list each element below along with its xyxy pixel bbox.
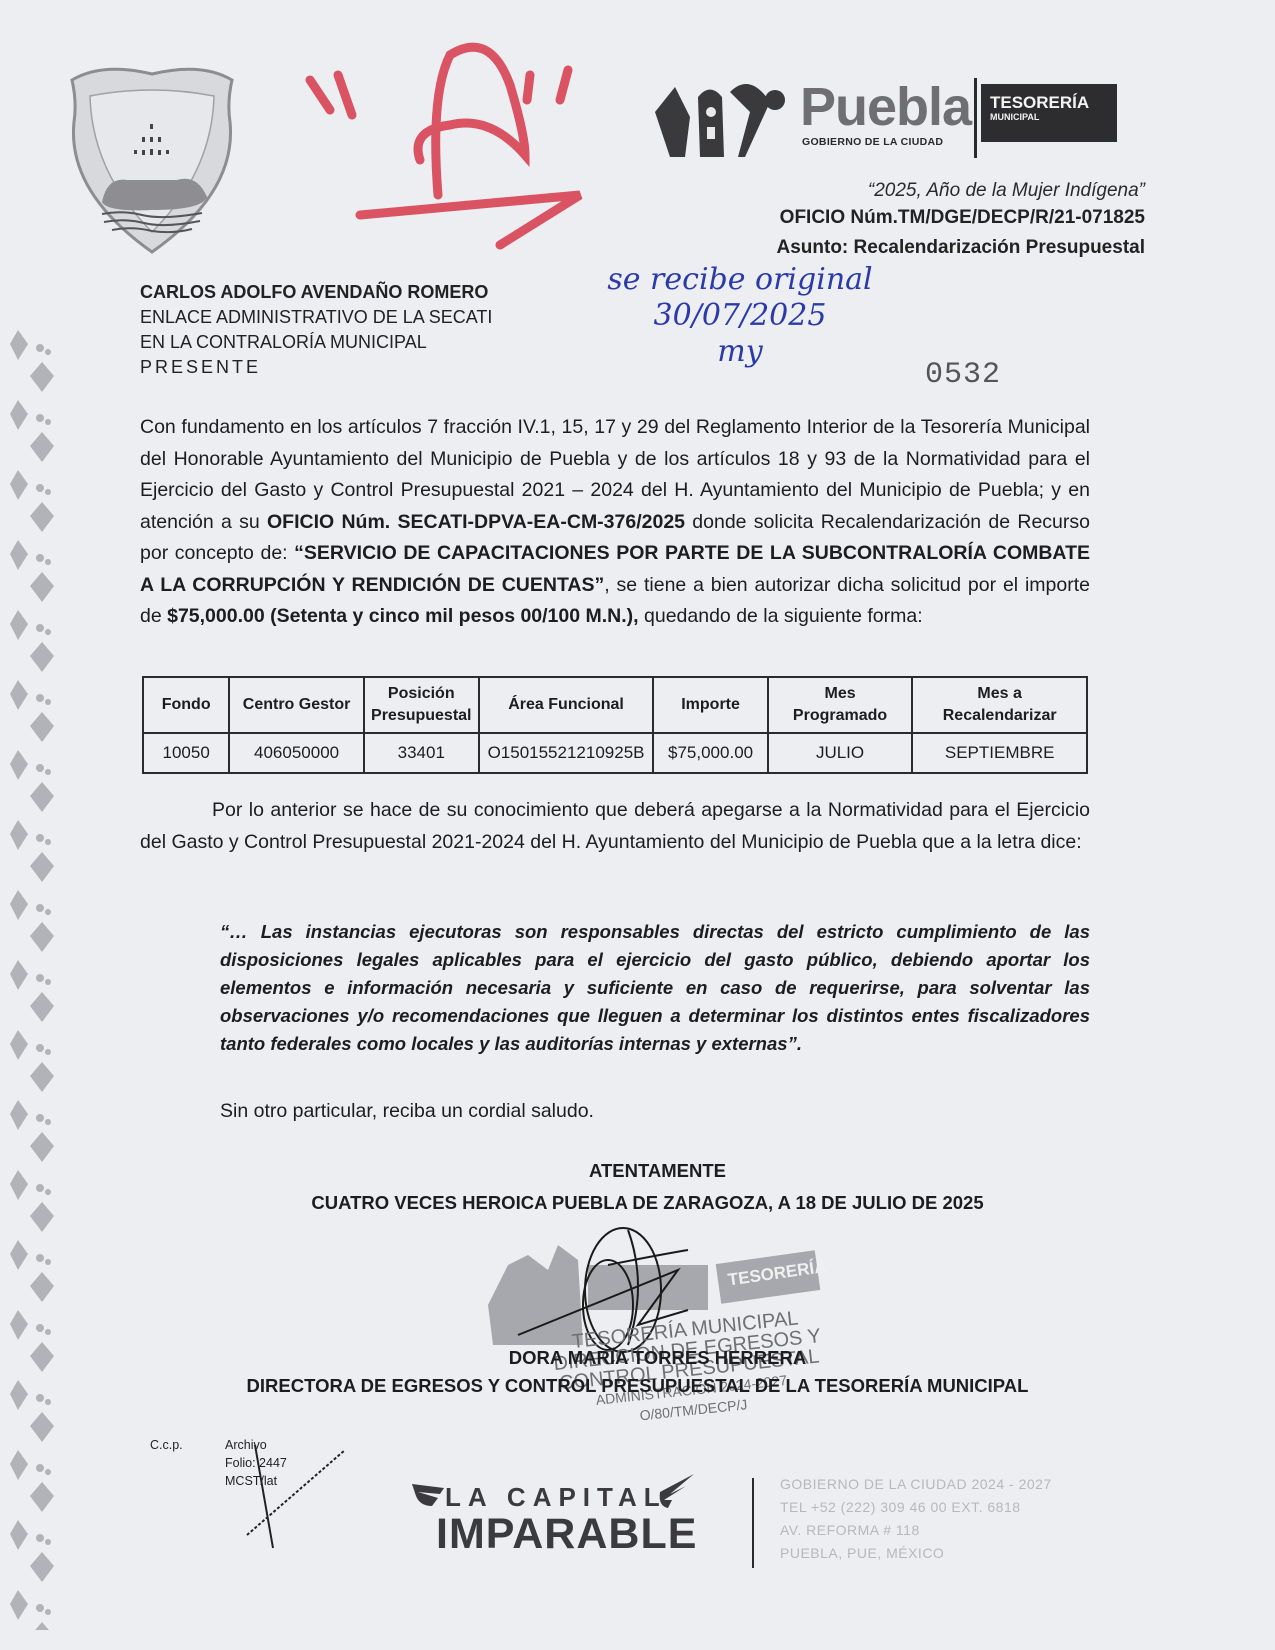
slogan-logo: LA CAPITAL IMPARABLE xyxy=(410,1472,730,1572)
logo-divider xyxy=(974,78,977,158)
signer-title: DIRECTORA DE EGRESOS Y CONTROL PRESUPUES… xyxy=(0,1375,1275,1397)
received-note-line3: my xyxy=(575,334,905,370)
table-header-row: Fondo Centro Gestor PosiciónPresupuestal… xyxy=(143,677,1087,733)
subject-line: Asunto: Recalendarización Presupuestal xyxy=(777,237,1146,259)
col-area-funcional: Área Funcional xyxy=(479,677,654,733)
handwritten-initial-mark xyxy=(235,1440,355,1550)
table-row: 10050 406050000 33401 O15015521210925B $… xyxy=(143,733,1087,773)
recipient-position-line2: EN LA CONTRALORÍA MUNICIPAL xyxy=(140,330,492,355)
logo-department-line1: TESORERÍA xyxy=(990,94,1109,112)
logo-subtitle: GOBIERNO DE LA CIUDAD xyxy=(802,136,943,148)
regulation-quote: “… Las instancias ejecutoras son respons… xyxy=(220,918,1090,1058)
p1-text-d: quedando de la siguiente forma: xyxy=(639,605,923,627)
cell-mes-recalendarizar: SEPTIEMBRE xyxy=(912,733,1087,773)
recipient-name: CARLOS ADOLFO AVENDAÑO ROMERO xyxy=(140,280,492,305)
ccp-label: C.c.p. xyxy=(150,1436,183,1454)
cell-posicion: 33401 xyxy=(364,733,479,773)
signer-name: DORA MARÍA TORRES HERRERA xyxy=(20,1347,1275,1369)
right-wing-icon xyxy=(656,1472,696,1512)
decorative-border xyxy=(4,330,62,1630)
received-handwritten-note: se recibe original 30/07/2025 my xyxy=(575,262,905,370)
col-fondo: Fondo xyxy=(143,677,229,733)
cell-mes-programado: JULIO xyxy=(768,733,913,773)
logo-department-line2: MUNICIPAL xyxy=(990,112,1109,123)
budget-table: Fondo Centro Gestor PosiciónPresupuestal… xyxy=(142,676,1088,774)
oficio-number: OFICIO Núm.TM/DGE/DECP/R/21-071825 xyxy=(780,207,1145,229)
closing-line: Sin otro particular, reciba un cordial s… xyxy=(220,1100,594,1123)
received-note-line1: se recibe original xyxy=(575,262,905,298)
slogan-line1: LA CAPITAL xyxy=(445,1482,667,1513)
contact-line-1: GOBIERNO DE LA CIUDAD 2024 - 2027 xyxy=(780,1473,1052,1496)
recipient-position-line1: ENLACE ADMINISTRATIVO DE LA SECATI xyxy=(140,305,492,330)
logo-department-box: TESORERÍA MUNICIPAL xyxy=(981,84,1117,142)
year-motto: “2025, Año de la Mujer Indígena” xyxy=(868,180,1145,202)
col-mes-recalendarizar: Mes aRecalendarizar xyxy=(912,677,1087,733)
footer-contact: GOBIERNO DE LA CIUDAD 2024 - 2027 TEL +5… xyxy=(780,1473,1052,1565)
footer-divider xyxy=(752,1478,754,1568)
p1-amount: $75,000.00 (Setenta y cinco mil pesos 00… xyxy=(167,605,638,627)
col-mes-programado: MesProgramado xyxy=(768,677,913,733)
col-posicion-presupuestal: PosiciónPresupuestal xyxy=(364,677,479,733)
slogan-line2: IMPARABLE xyxy=(436,1510,697,1559)
p1-reference-oficio: OFICIO Núm. SECATI-DPVA-EA-CM-376/2025 xyxy=(267,511,685,533)
municipal-crest-icon xyxy=(62,62,242,257)
col-centro-gestor: Centro Gestor xyxy=(229,677,364,733)
place-date: CUATRO VECES HEROICA PUEBLA DE ZARAGOZA,… xyxy=(10,1192,1275,1214)
puebla-landmarks-icon xyxy=(650,72,800,162)
contact-line-3: AV. REFORMA # 118 xyxy=(780,1519,1052,1542)
recipient-greeting: PRESENTE xyxy=(140,355,492,380)
logo-city-name: Puebla xyxy=(800,76,971,138)
contact-line-2: TEL +52 (222) 309 46 00 EXT. 6818 xyxy=(780,1496,1052,1519)
body-paragraph-1: Con fundamento en los artículos 7 fracci… xyxy=(140,412,1090,633)
salutation: ATENTAMENTE xyxy=(20,1160,1275,1182)
body-paragraph-2: Por lo anterior se hace de su conocimien… xyxy=(140,795,1090,858)
col-importe: Importe xyxy=(653,677,767,733)
cell-fondo: 10050 xyxy=(143,733,229,773)
left-wing-icon xyxy=(410,1480,446,1512)
received-note-line2: 30/07/2025 xyxy=(575,298,905,334)
recipient-block: CARLOS ADOLFO AVENDAÑO ROMERO ENLACE ADM… xyxy=(140,280,492,380)
cell-area-funcional: O15015521210925B xyxy=(479,733,654,773)
cell-importe: $75,000.00 xyxy=(653,733,767,773)
contact-line-4: PUEBLA, PUE, MÉXICO xyxy=(780,1542,1052,1565)
puebla-tesoreria-logo: Puebla GOBIERNO DE LA CIUDAD TESORERÍA M… xyxy=(650,72,1120,162)
folio-stamp-number: 0532 xyxy=(925,358,1001,392)
cell-centro-gestor: 406050000 xyxy=(229,733,364,773)
red-pencil-mark xyxy=(290,35,590,265)
